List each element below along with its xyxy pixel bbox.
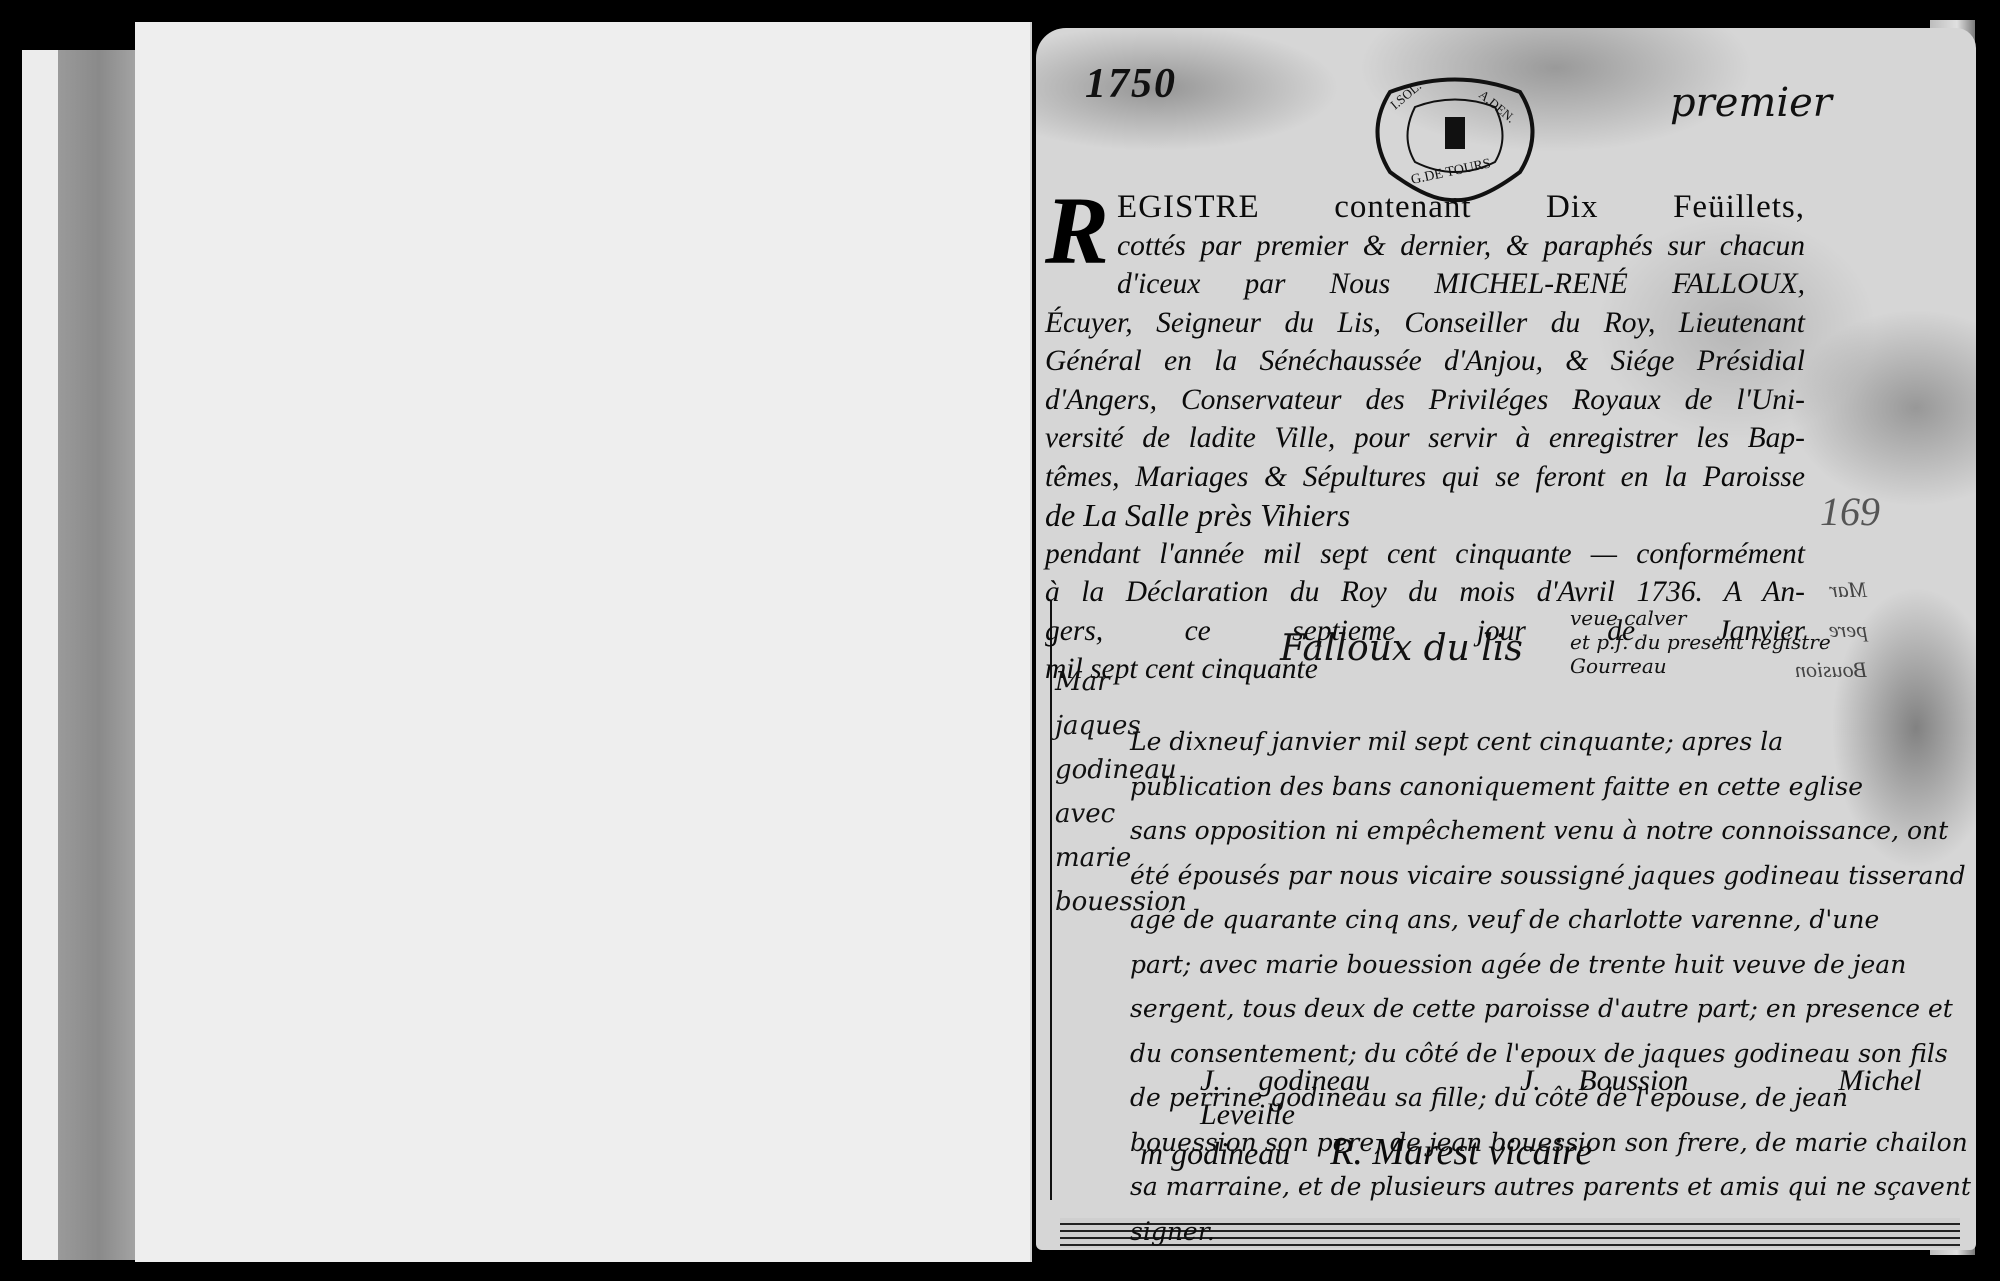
preamble-line: têmes, Mariages & Sépultures qui se fero… bbox=[1045, 458, 1805, 497]
dropcap: R bbox=[1045, 192, 1109, 270]
folio-annotation: premier bbox=[1670, 80, 1832, 126]
bleed-line: Mar bbox=[1795, 570, 1867, 610]
preamble-line: EGISTRE contenant Dix Feüillets, bbox=[1045, 188, 1805, 227]
vicar-signature: R. Marest vicaire bbox=[1330, 1131, 1592, 1173]
parish-name-line: de La Salle près Vihiers bbox=[1045, 496, 1805, 535]
svg-text:I.SOL.: I.SOL. bbox=[1387, 78, 1424, 112]
year-annotation: 1750 bbox=[1085, 60, 1177, 108]
svg-text:A.DEN.: A.DEN. bbox=[1476, 87, 1518, 126]
bleed-line: Bousion bbox=[1795, 650, 1867, 690]
signature: m godineau bbox=[1140, 1135, 1290, 1171]
preamble-line: Général en la Sénéchaussée d'Anjou, & Si… bbox=[1045, 342, 1805, 381]
entry-line: sans opposition ni empêchement venu à no… bbox=[1130, 809, 1950, 854]
preamble-line: versité de ladite Ville, pour servir à e… bbox=[1045, 419, 1805, 458]
margin-rule bbox=[1050, 600, 1052, 1200]
margin-note-line: Mar bbox=[1055, 660, 1187, 704]
page-number: 169 bbox=[1820, 488, 1880, 535]
entry-line: signer. bbox=[1130, 1210, 1950, 1255]
preamble-line: d'Angers, Conservateur des Priviléges Ro… bbox=[1045, 381, 1805, 420]
bleed-line: pere bbox=[1795, 610, 1867, 650]
tax-stamp-icon: I.SOL. A.DEN. G.DE TOURS bbox=[1360, 72, 1550, 207]
bleed-through-text: Mar pere Bousion bbox=[1795, 570, 1867, 690]
registrar-note-line: Gourreau bbox=[1570, 654, 1831, 678]
entry-line: sergent, tous deux de cette paroisse d'a… bbox=[1130, 987, 1950, 1032]
preamble-line: pendant l'année mil sept cent cinquante … bbox=[1045, 535, 1805, 574]
entry-line: agé de quarante cinq ans, veuf de charlo… bbox=[1130, 898, 1950, 943]
binding-shadow bbox=[58, 50, 140, 1260]
preamble-line: d'iceux par Nous MICHEL-RENÉ FALLOUX, bbox=[1045, 265, 1805, 304]
preamble-line: cottés par premier & dernier, & paraphés… bbox=[1045, 227, 1805, 266]
signatures-row-1: J. godineau J. Boussion Michel Leveille bbox=[1200, 1064, 2000, 1132]
entry-line: Le dixneuf janvier mil sept cent cinquan… bbox=[1130, 720, 1950, 765]
blank-left-page bbox=[135, 22, 1032, 1262]
registrar-note-line: et p.f. du present registre bbox=[1570, 630, 1831, 654]
svg-text:G.DE TOURS: G.DE TOURS bbox=[1410, 156, 1493, 188]
signatures-row-2: m godineau R. Marest vicaire bbox=[1140, 1130, 1592, 1174]
entry-line: publication des bans canoniquement faitt… bbox=[1130, 765, 1950, 810]
registrar-note: veue calver et p.f. du present registre … bbox=[1570, 606, 1831, 678]
entry-line: part; avec marie bouession agée de trent… bbox=[1130, 943, 1950, 988]
registrar-note-line: veue calver bbox=[1570, 606, 1831, 630]
registrar-signature: Falloux du lis bbox=[1280, 628, 1523, 669]
signature: J. Boussion bbox=[1520, 1064, 1688, 1097]
signature: J. godineau bbox=[1200, 1064, 1370, 1097]
entry-line: été épousés par nous vicaire soussigné j… bbox=[1130, 854, 1950, 899]
preamble-line: Écuyer, Seigneur du Lis, Conseiller du R… bbox=[1045, 304, 1805, 343]
